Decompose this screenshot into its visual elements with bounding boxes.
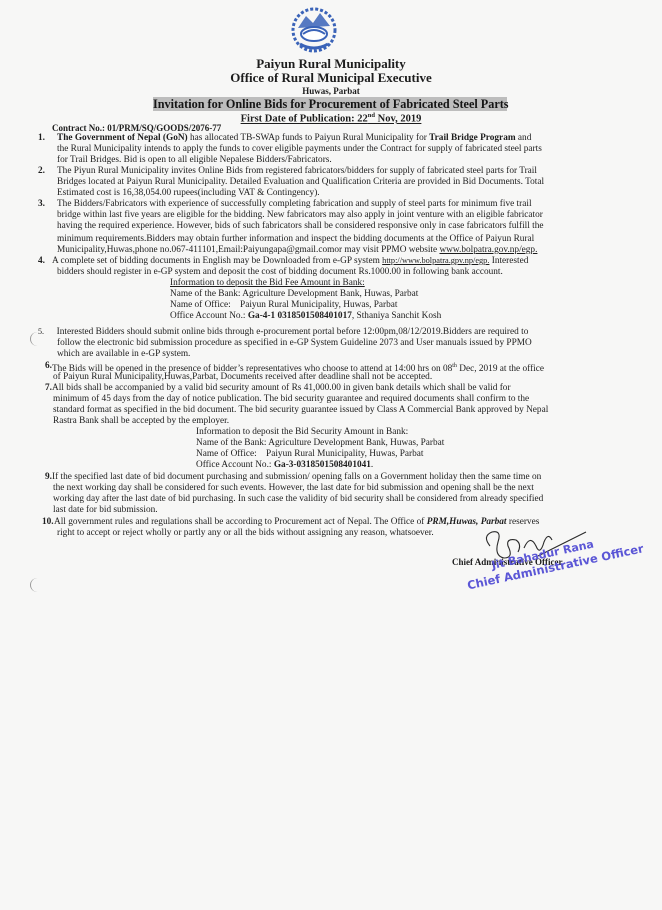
item-number: 3.	[38, 199, 45, 210]
item-9-line-1: If the specified last date of bid docume…	[52, 472, 541, 483]
item-7-line-4: Rastra Bank shall be accepted by the emp…	[53, 416, 229, 427]
item-number: 10.	[42, 517, 54, 528]
bid-fee-bank-heading: Information to deposit the Bid Fee Amoun…	[170, 278, 365, 289]
item-3-line-5: Municipality,Huwas,phone no.067-411101,E…	[57, 245, 537, 256]
item-9-line-3: working day after the last date of bid p…	[53, 494, 543, 505]
item-10-line-1: All government rules and regulations sha…	[54, 517, 539, 528]
item-1-line-1: The Government of Nepal (GoN) has alloca…	[57, 133, 531, 144]
contract-number: Contract No.: 01/PRM/SQ/GOODS/2076-77	[52, 123, 221, 133]
municipality-emblem-icon	[286, 4, 342, 58]
bid-fee-account: Office Account No.: Ga-4-1 0318501508401…	[170, 311, 441, 322]
punch-hole-mark	[30, 578, 45, 592]
item-4-line-2: bidders should register in e-GP system a…	[57, 267, 503, 278]
bid-security-bank-heading: Information to deposit the Bid Security …	[196, 427, 408, 438]
item-5-line-1: Interested Bidders should submit online …	[52, 327, 528, 338]
notice-title: Invitation for Online Bids for Procureme…	[153, 97, 507, 111]
item-number: 7.	[45, 383, 52, 394]
tender-notice-page: Paiyun Rural Municipality Office of Rura…	[0, 0, 662, 910]
item-9-line-2: the next working day shall be considered…	[53, 483, 534, 494]
office-location: Huwas, Parbat	[0, 86, 662, 96]
item-9-line-4: last date for bid submission.	[53, 505, 158, 516]
item-2-line-3: Estimated cost is 16,38,054.00 rupees(in…	[57, 188, 320, 199]
item-10-line-2: right to accept or reject wholly or part…	[57, 528, 434, 539]
bid-security-office-name: Name of Office: Paiyun Rural Municipalit…	[196, 449, 423, 460]
item-2-line-2: Bridges located at Paiyun Rural Municipa…	[57, 177, 544, 188]
office-name: Office of Rural Municipal Executive	[0, 70, 662, 86]
punch-hole-mark	[30, 332, 45, 346]
item-5-line-2: follow the electronic bid submission pro…	[57, 338, 532, 349]
bid-security-bank-name: Name of the Bank: Agriculture Developmen…	[196, 438, 444, 449]
item-6-line-2: of Paiyun Rural Municipality,Huwas,Parba…	[53, 372, 432, 383]
bid-fee-bank-name: Name of the Bank: Agriculture Developmen…	[170, 289, 418, 300]
item-7-line-1: All bids shall be accompanied by a valid…	[52, 383, 511, 394]
item-2-line-1: The Piyun Rural Municipality invites Onl…	[57, 166, 537, 177]
ppmo-website-link[interactable]: www.bolpatra.gov.np/egp.	[439, 245, 537, 255]
item-number: 1.	[38, 133, 45, 144]
item-1-line-2: the Rural Municipality intends to apply …	[57, 144, 542, 155]
item-number: 2.	[38, 166, 45, 177]
item-3-line-1: The Bidders/Fabricators with experience …	[57, 199, 532, 210]
item-4-line-1: A complete set of bidding documents in E…	[52, 256, 528, 267]
item-number: 6.	[45, 361, 52, 372]
item-7-line-3: standard format as specified in the bid …	[53, 405, 548, 416]
egp-system-link[interactable]: http://www.bolpatra.gpv.np/egp.	[382, 256, 489, 265]
item-3-line-3: having the required experience. However,…	[57, 221, 544, 232]
bid-fee-office-name: Name of Office: Paiyun Rural Municipalit…	[170, 300, 397, 311]
item-5-line-3: which are available in e-GP system.	[57, 349, 190, 360]
item-1-line-3: for Trail Bridges. Bid is open to all el…	[57, 155, 332, 166]
item-number: 4.	[38, 256, 45, 267]
bid-security-account: Office Account No.: Ga-3-031850150840104…	[196, 460, 373, 471]
item-3-line-4: minimum requirements.Bidders may obtain …	[57, 234, 534, 245]
item-7-line-2: minimum of 45 days from the day of notic…	[53, 394, 529, 405]
item-3-line-2: bridge within last five years are eligib…	[57, 210, 543, 221]
item-number: 9.	[45, 472, 52, 483]
